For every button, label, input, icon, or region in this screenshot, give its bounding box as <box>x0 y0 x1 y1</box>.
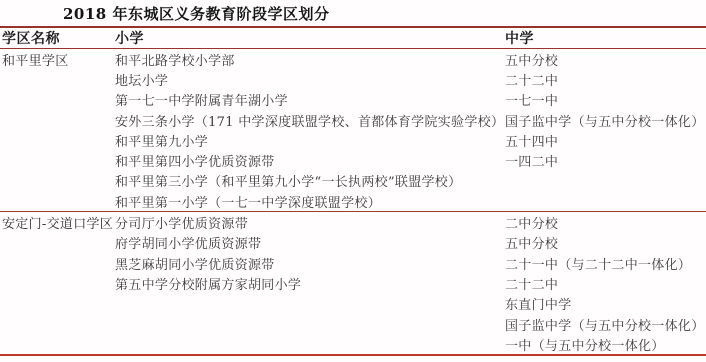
table-row: 国子监中学（与五中分校一体化） <box>0 314 706 334</box>
middle-school-cell <box>503 171 706 191</box>
column-header-middle-school: 中学 <box>503 27 706 49</box>
table-row: 和平里第一小学（一七一中学深度联盟学校） <box>0 191 706 212</box>
middle-school-cell: 五中分校 <box>503 233 706 253</box>
district-name-cell: 安定门-交道口学区 <box>0 212 113 233</box>
page-title: 2018 年东城区义务教育阶段学区划分 <box>0 0 706 24</box>
middle-school-cell: 国子监中学（与五中分校一体化） <box>503 314 706 334</box>
table-row: 安外三条小学（171 中学深度联盟学校、首都体育学院实验学校）国子监中学（与五中… <box>0 110 706 130</box>
table-row: 安定门-交道口学区分司厅小学优质资源带二中分校 <box>0 212 706 233</box>
primary-school-cell: 和平里第四小学优质资源带 <box>113 150 503 170</box>
middle-school-cell: 一七一中 <box>503 90 706 110</box>
district-name-cell <box>0 314 113 334</box>
district-name-cell <box>0 69 113 89</box>
district-name-cell <box>0 334 113 355</box>
column-header-district: 学区名称 <box>0 27 113 49</box>
primary-school-cell: 第五中学分校附属方家胡同小学 <box>113 273 503 293</box>
primary-school-cell <box>113 294 503 314</box>
middle-school-cell: 二十一中（与二十二中一体化） <box>503 253 706 273</box>
primary-school-cell: 和平里第三小学（和平里第九小学“一长执两校”联盟学校） <box>113 171 503 191</box>
table-row: 黑芝麻胡同小学优质资源带二十一中（与二十二中一体化） <box>0 253 706 273</box>
column-header-primary-school: 小学 <box>113 27 503 49</box>
primary-school-cell: 安外三条小学（171 中学深度联盟学校、首都体育学院实验学校） <box>113 110 503 130</box>
district-name-cell <box>0 110 113 130</box>
middle-school-cell: 二十二中 <box>503 273 706 293</box>
primary-school-cell: 府学胡同小学优质资源带 <box>113 233 503 253</box>
middle-school-cell: 国子监中学（与五中分校一体化） <box>503 110 706 130</box>
primary-school-cell: 和平里第九小学 <box>113 130 503 150</box>
table-row: 府学胡同小学优质资源带五中分校 <box>0 233 706 253</box>
district-name-cell <box>0 233 113 253</box>
district-name-cell <box>0 294 113 314</box>
middle-school-cell: 二十二中 <box>503 69 706 89</box>
primary-school-cell: 和平里第一小学（一七一中学深度联盟学校） <box>113 191 503 212</box>
table-body: 和平里学区和平北路学校小学部五中分校地坛小学二十二中第一七一中学附属青年湖小学一… <box>0 49 706 356</box>
table-row: 和平里第四小学优质资源带一四二中 <box>0 150 706 170</box>
district-name-cell <box>0 150 113 170</box>
table-row: 和平里第九小学五十四中 <box>0 130 706 150</box>
table-row: 一中（与五中分校一体化） <box>0 334 706 355</box>
table-header: 学区名称 小学 中学 <box>0 27 706 49</box>
table-row: 和平里学区和平北路学校小学部五中分校 <box>0 49 706 70</box>
school-district-table: 学区名称 小学 中学 和平里学区和平北路学校小学部五中分校地坛小学二十二中第一七… <box>0 26 706 356</box>
district-name-cell <box>0 273 113 293</box>
district-name-cell <box>0 253 113 273</box>
district-name-cell <box>0 90 113 110</box>
middle-school-cell: 东直门中学 <box>503 294 706 314</box>
district-name-cell: 和平里学区 <box>0 49 113 70</box>
middle-school-cell: 五中分校 <box>503 49 706 70</box>
primary-school-cell <box>113 314 503 334</box>
middle-school-cell: 一四二中 <box>503 150 706 170</box>
middle-school-cell: 五十四中 <box>503 130 706 150</box>
primary-school-cell: 和平北路学校小学部 <box>113 49 503 70</box>
table-row: 第五中学分校附属方家胡同小学二十二中 <box>0 273 706 293</box>
district-name-cell <box>0 130 113 150</box>
table-row: 地坛小学二十二中 <box>0 69 706 89</box>
district-name-cell <box>0 171 113 191</box>
middle-school-cell <box>503 191 706 212</box>
primary-school-cell: 地坛小学 <box>113 69 503 89</box>
primary-school-cell: 第一七一中学附属青年湖小学 <box>113 90 503 110</box>
middle-school-cell: 一中（与五中分校一体化） <box>503 334 706 355</box>
table-row: 东直门中学 <box>0 294 706 314</box>
header-row: 学区名称 小学 中学 <box>0 27 706 49</box>
district-name-cell <box>0 191 113 212</box>
primary-school-cell: 分司厅小学优质资源带 <box>113 212 503 233</box>
primary-school-cell: 黑芝麻胡同小学优质资源带 <box>113 253 503 273</box>
middle-school-cell: 二中分校 <box>503 212 706 233</box>
table-row: 和平里第三小学（和平里第九小学“一长执两校”联盟学校） <box>0 171 706 191</box>
primary-school-cell <box>113 334 503 355</box>
table-row: 第一七一中学附属青年湖小学一七一中 <box>0 90 706 110</box>
